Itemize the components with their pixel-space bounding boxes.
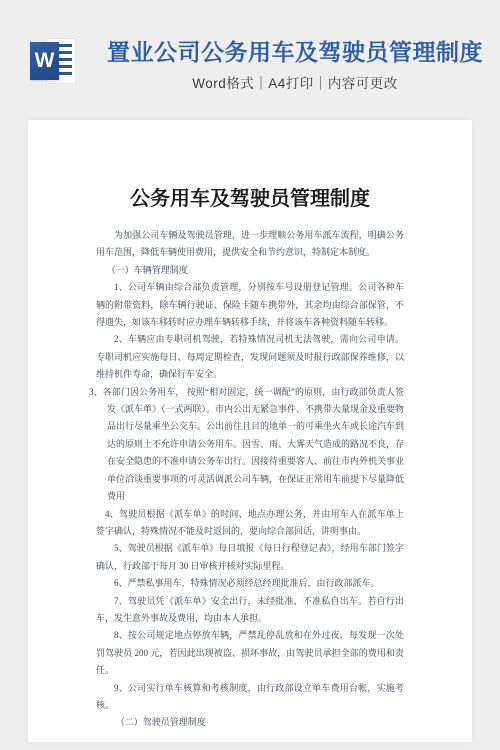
doc-paragraph-item-9: 9、公司实行单车核算和考核制度，由行政部设立单车费用台帐，实施考核。 bbox=[96, 680, 404, 715]
doc-paragraph-item-4: 4、驾驶员根据《派车单》的时间、地点办理公务，并由用车人在派车单上签字确认，特殊… bbox=[96, 506, 404, 541]
doc-paragraph-item-5: 5、驾驶员根据《派车单》每日填报《每日行程登记表》，经用车部门签字确认，行政部于… bbox=[96, 540, 404, 575]
doc-paragraph-intro: 为加强公司车辆及驾驶员管理，进一步理顺公务用车派车流程，明确公务用车范围，降低车… bbox=[96, 227, 404, 262]
doc-paragraph-item-8: 8、按公司规定地点停放车辆，严禁乱停乱放和在外过夜，每发现一次处罚驾驶员 200… bbox=[96, 627, 404, 679]
doc-section-heading-1: （一）车辆管理制度 bbox=[96, 262, 404, 279]
doc-paragraph-item-3: 3、各部门因公务用车， 按照“相对固定，统一调配”的原则，由行政部负责人签发《派… bbox=[89, 384, 404, 506]
doc-section-heading-2: （二）驾驶员管理制度 bbox=[96, 714, 404, 731]
word-icon-w: W bbox=[35, 49, 55, 72]
document-body: 公务用车及驾驶员管理制度 为加强公司车辆及驾驶员管理，进一步理顺公务用车派车流程… bbox=[28, 188, 472, 732]
doc-paragraph-item-1: 1、公司车辆由综合部负责管理，分别按车号设册登记管理。公司各种车辆的附带资料，除… bbox=[96, 279, 404, 331]
doc-paragraph-item-6: 6、严禁私事用车，特殊情况必须经总经理批准后，由行政部派车。 bbox=[96, 575, 404, 592]
page-subtitle: Word格式｜A4打印｜内容可更改 bbox=[90, 72, 500, 92]
header-text: 置业公司公务用车及驾驶员管理制度 Word格式｜A4打印｜内容可更改 bbox=[90, 0, 500, 92]
doc-paragraph-item-7: 7、驾驶员凭《派车单》安全出行，未经批准，不准私自出车。若自行出车，发生意外事故… bbox=[96, 593, 404, 628]
doc-paragraph-item-2: 2、车辆应由专职司机驾驶，若特殊情况司机无法驾驶，需向公司申请。专职司机应实施每… bbox=[96, 331, 404, 383]
page-title: 置业公司公务用车及驾驶员管理制度 bbox=[90, 0, 500, 66]
header: W 置业公司公务用车及驾驶员管理制度 Word格式｜A4打印｜内容可更改 bbox=[0, 0, 500, 120]
document-preview-page: 公务用车及驾驶员管理制度 为加强公司车辆及驾驶员管理，进一步理顺公务用车派车流程… bbox=[28, 120, 472, 742]
word-icon-letter: W bbox=[30, 42, 59, 80]
page-canvas: W 置业公司公务用车及驾驶员管理制度 Word格式｜A4打印｜内容可更改 公务用… bbox=[0, 0, 500, 750]
word-file-icon: W bbox=[30, 36, 77, 86]
document-title: 公务用车及驾驶员管理制度 bbox=[96, 188, 404, 211]
